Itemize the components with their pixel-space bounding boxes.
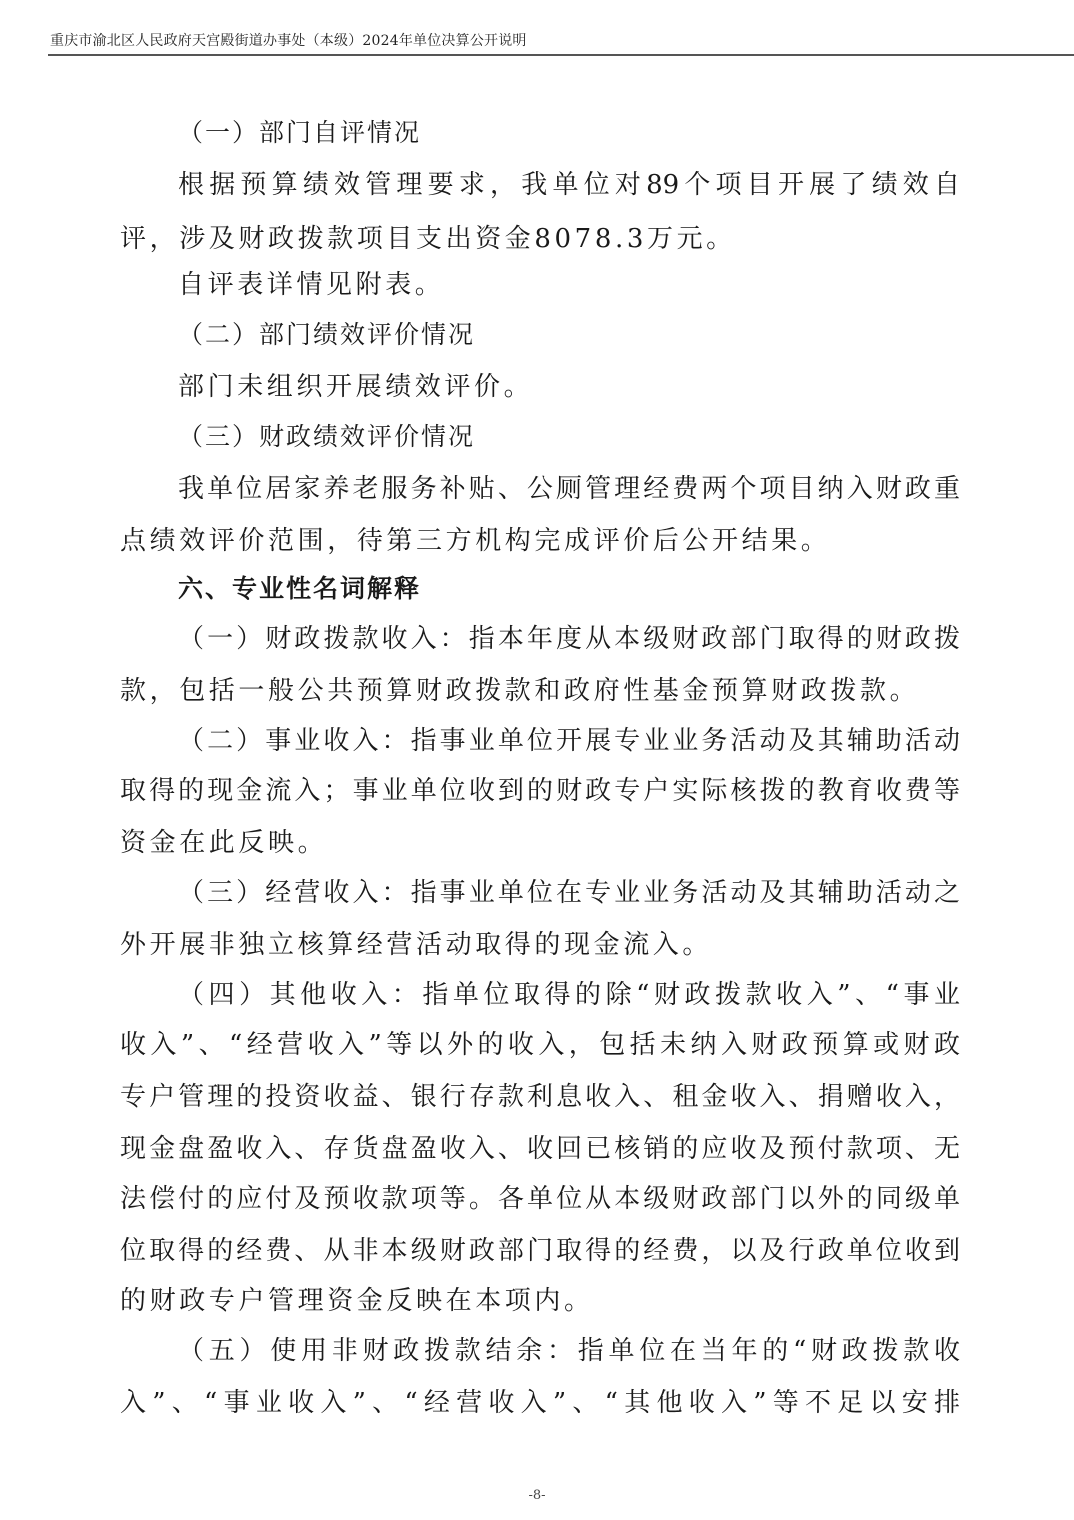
paragraph-line: 资金在此反映。: [120, 828, 960, 858]
paragraph-line: 外开展非独立核算经营活动取得的现金流入。: [120, 930, 960, 960]
paragraph-line: 专户管理的投资收益、银行存款利息收入、租金收入、捐赠收入，: [120, 1082, 960, 1112]
paragraph-line: 点绩效评价范围，待第三方机构完成评价后公开结果。: [120, 526, 960, 556]
paragraph-line: （三）经营收入：指事业单位在专业业务活动及其辅助活动之: [178, 878, 960, 908]
paragraph-line: 款，包括一般公共预算财政拨款和政府性基金预算财政拨款。: [120, 676, 960, 706]
paragraph-line: 现金盘盈收入、存货盘盈收入、收回已核销的应收及预付款项、无: [120, 1134, 960, 1164]
paragraph-line: 的财政专户管理资金反映在本项内。: [120, 1286, 960, 1316]
subheading-department-evaluation: （二）部门绩效评价情况: [178, 320, 1018, 350]
paragraph-line: 部门未组织开展绩效评价。: [178, 372, 1018, 402]
paragraph-line: 根据预算绩效管理要求，我单位对89个项目开展了绩效自: [178, 170, 960, 200]
paragraph-line: 我单位居家养老服务补贴、公厕管理经费两个项目纳入财政重: [178, 474, 960, 504]
paragraph-line: （四）其他收入：指单位取得的除“财政拨款收入”、“事业: [178, 980, 960, 1010]
paragraph-line: 位取得的经费、从非本级财政部门取得的经费，以及行政单位收到: [120, 1236, 960, 1266]
paragraph-line: 入”、“事业收入”、“经营收入”、“其他收入”等不足以安排: [120, 1388, 960, 1418]
page-header: 重庆市渝北区人民政府天宫殿街道办事处（本级）2024年单位决算公开说明: [48, 28, 1074, 56]
section-heading-terms: 六、专业性名词解释: [178, 574, 1018, 604]
page-number: -8-: [0, 1488, 1074, 1503]
paragraph-line: 法偿付的应付及预收款项等。各单位从本级财政部门以外的同级单: [120, 1184, 960, 1214]
paragraph-line: （一）财政拨款收入：指本年度从本级财政部门取得的财政拨: [178, 624, 960, 654]
paragraph-line: 评，涉及财政拨款项目支出资金8078.3万元。: [120, 224, 960, 254]
paragraph-line: （二）事业收入：指事业单位开展专业业务活动及其辅助活动: [178, 726, 960, 756]
subheading-finance-evaluation: （三）财政绩效评价情况: [178, 422, 1018, 452]
paragraph-line: 收入”、“经营收入”等以外的收入，包括未纳入财政预算或财政: [120, 1030, 960, 1060]
paragraph-line: 取得的现金流入；事业单位收到的财政专户实际核拨的教育收费等: [120, 776, 960, 806]
document-title: 重庆市渝北区人民政府天宫殿街道办事处（本级）2024年单位决算公开说明: [50, 30, 527, 50]
paragraph-line: 自评表详情见附表。: [178, 270, 1018, 300]
paragraph-line: （五）使用非财政拨款结余：指单位在当年的“财政拨款收: [178, 1336, 960, 1366]
subheading-self-evaluation: （一）部门自评情况: [178, 118, 1018, 148]
